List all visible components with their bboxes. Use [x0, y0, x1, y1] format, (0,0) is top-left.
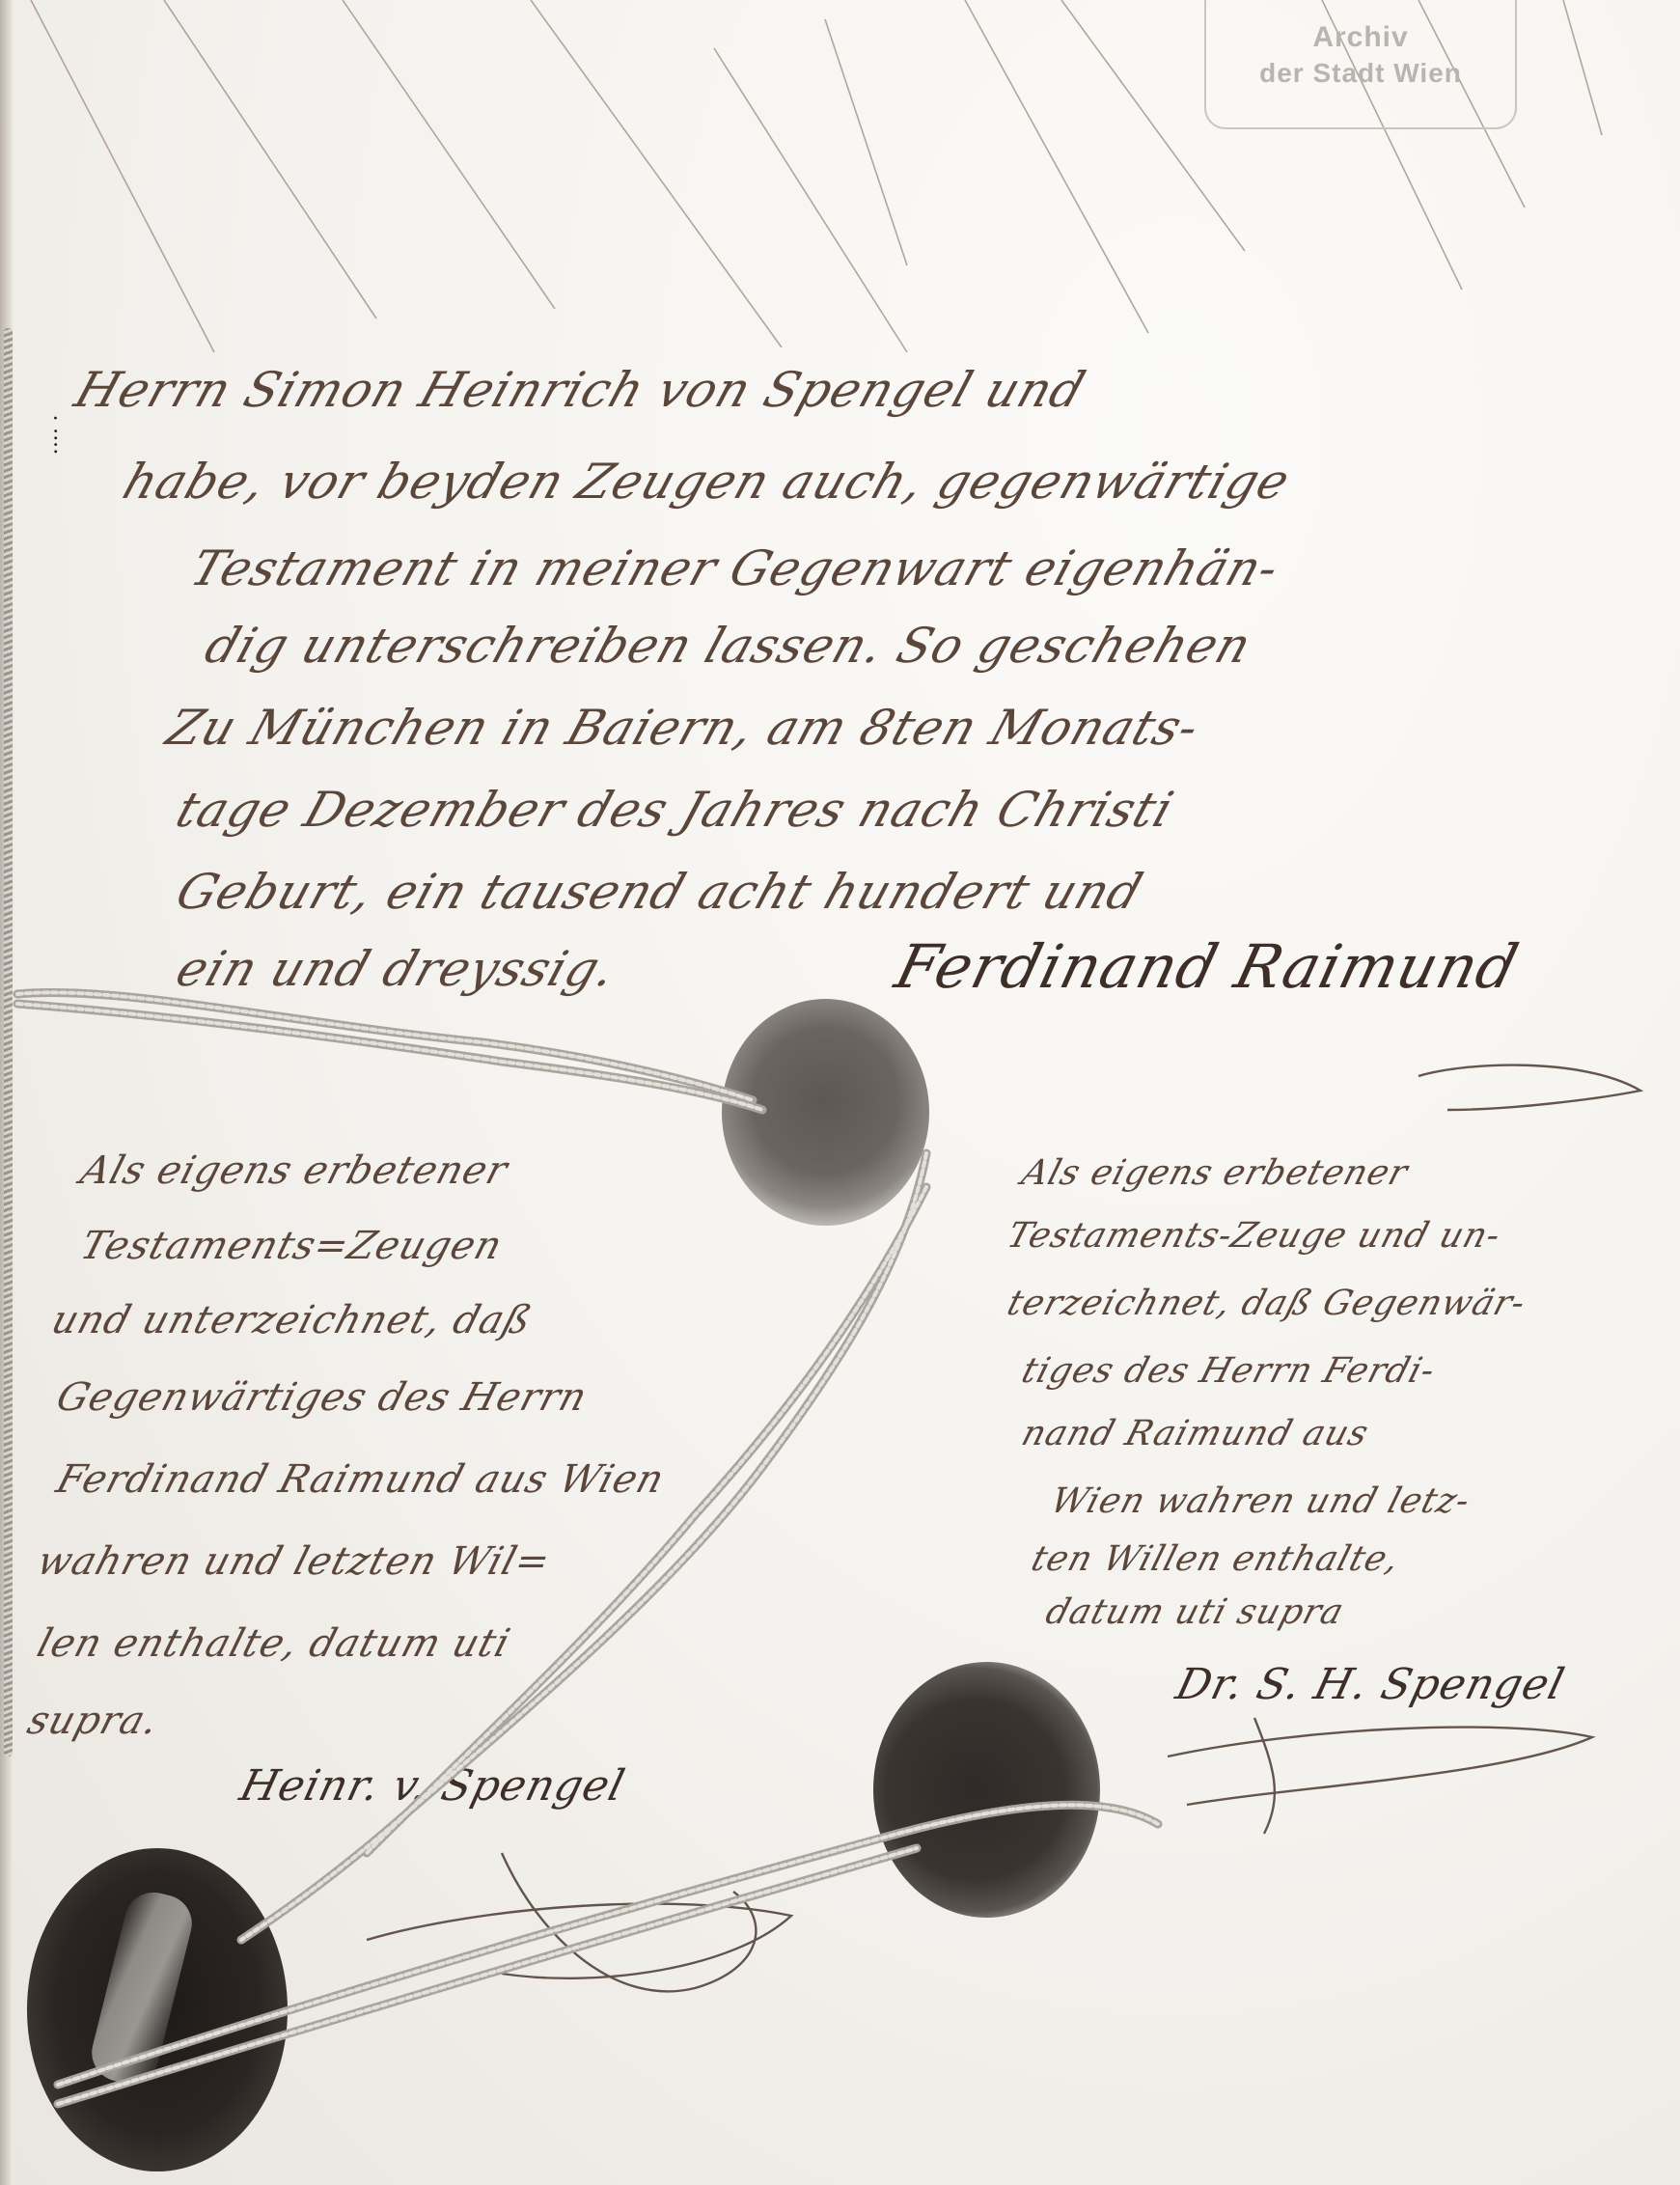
witness-right-line-5: nand Raimund aus	[1017, 1414, 1373, 1453]
main-line-8: ein und dreyssig.	[170, 941, 624, 997]
signature-spengel-left: Heinr. v. Spengel	[235, 1761, 630, 1811]
main-line-3: Testament in meiner Gegenwart eigenhän-	[184, 540, 1287, 596]
binding-cord-left	[4, 328, 13, 1756]
main-line-2: habe, vor beyden Zeugen auch, gegenwärti…	[117, 454, 1298, 510]
main-line-5: Zu München in Baiern, am 8ten Monats-	[160, 700, 1207, 756]
stamp-line-1: Archiv	[1206, 21, 1515, 54]
witness-left-line-7: len enthalte, datum uti	[32, 1621, 515, 1666]
witness-left-line-4: Gegenwärtiges des Herrn	[51, 1375, 592, 1420]
witness-right-line-1: Als eigens erbetener	[1017, 1153, 1413, 1193]
wax-seal-top-center	[722, 999, 929, 1226]
witness-left-line-3: und unterzeichnet, daß	[46, 1298, 537, 1342]
witness-right-line-3: terzeichnet, daß Gegenwär-	[1003, 1284, 1530, 1323]
main-line-6: tage Dezember des Jahres nach Christi	[170, 782, 1181, 838]
margin-dots: ·::	[52, 413, 59, 454]
wax-seal-bottom-right	[873, 1662, 1100, 1918]
document-page: Archiv der Stadt Wien ·:: Herrn Simon He…	[0, 0, 1680, 2185]
archive-stamp: Archiv der Stadt Wien	[1204, 0, 1517, 129]
witness-right-line-8: datum uti supra	[1041, 1592, 1348, 1632]
witness-right-line-6: Wien wahren und letz-	[1046, 1481, 1474, 1521]
witness-left-line-6: wahren und letzten Wil=	[32, 1539, 556, 1584]
witness-right-line-7: ten Willen enthalte,	[1027, 1539, 1404, 1579]
witness-left-line-1: Als eigens erbetener	[75, 1148, 512, 1193]
stamp-line-2: der Stadt Wien	[1206, 58, 1515, 89]
main-line-4: dig unterschreiben lassen. So geschehen	[199, 618, 1259, 674]
witness-left-line-8: supra.	[22, 1699, 164, 1743]
signature-spengel-right: Dr. S. H. Spengel	[1171, 1660, 1570, 1709]
witness-right-line-4: tiges des Herrn Ferdi-	[1017, 1351, 1440, 1391]
witness-right-line-2: Testaments-Zeuge und un-	[1003, 1216, 1505, 1256]
main-line-1: Herrn Simon Heinrich von Spengel und	[69, 362, 1093, 418]
signature-raimund: Ferdinand Raimund	[889, 931, 1526, 1002]
main-line-7: Geburt, ein tausend acht hundert und	[170, 864, 1150, 920]
witness-left-line-2: Testaments=Zeugen	[75, 1224, 508, 1268]
witness-left-line-5: Ferdinand Raimund aus Wien	[51, 1457, 670, 1502]
